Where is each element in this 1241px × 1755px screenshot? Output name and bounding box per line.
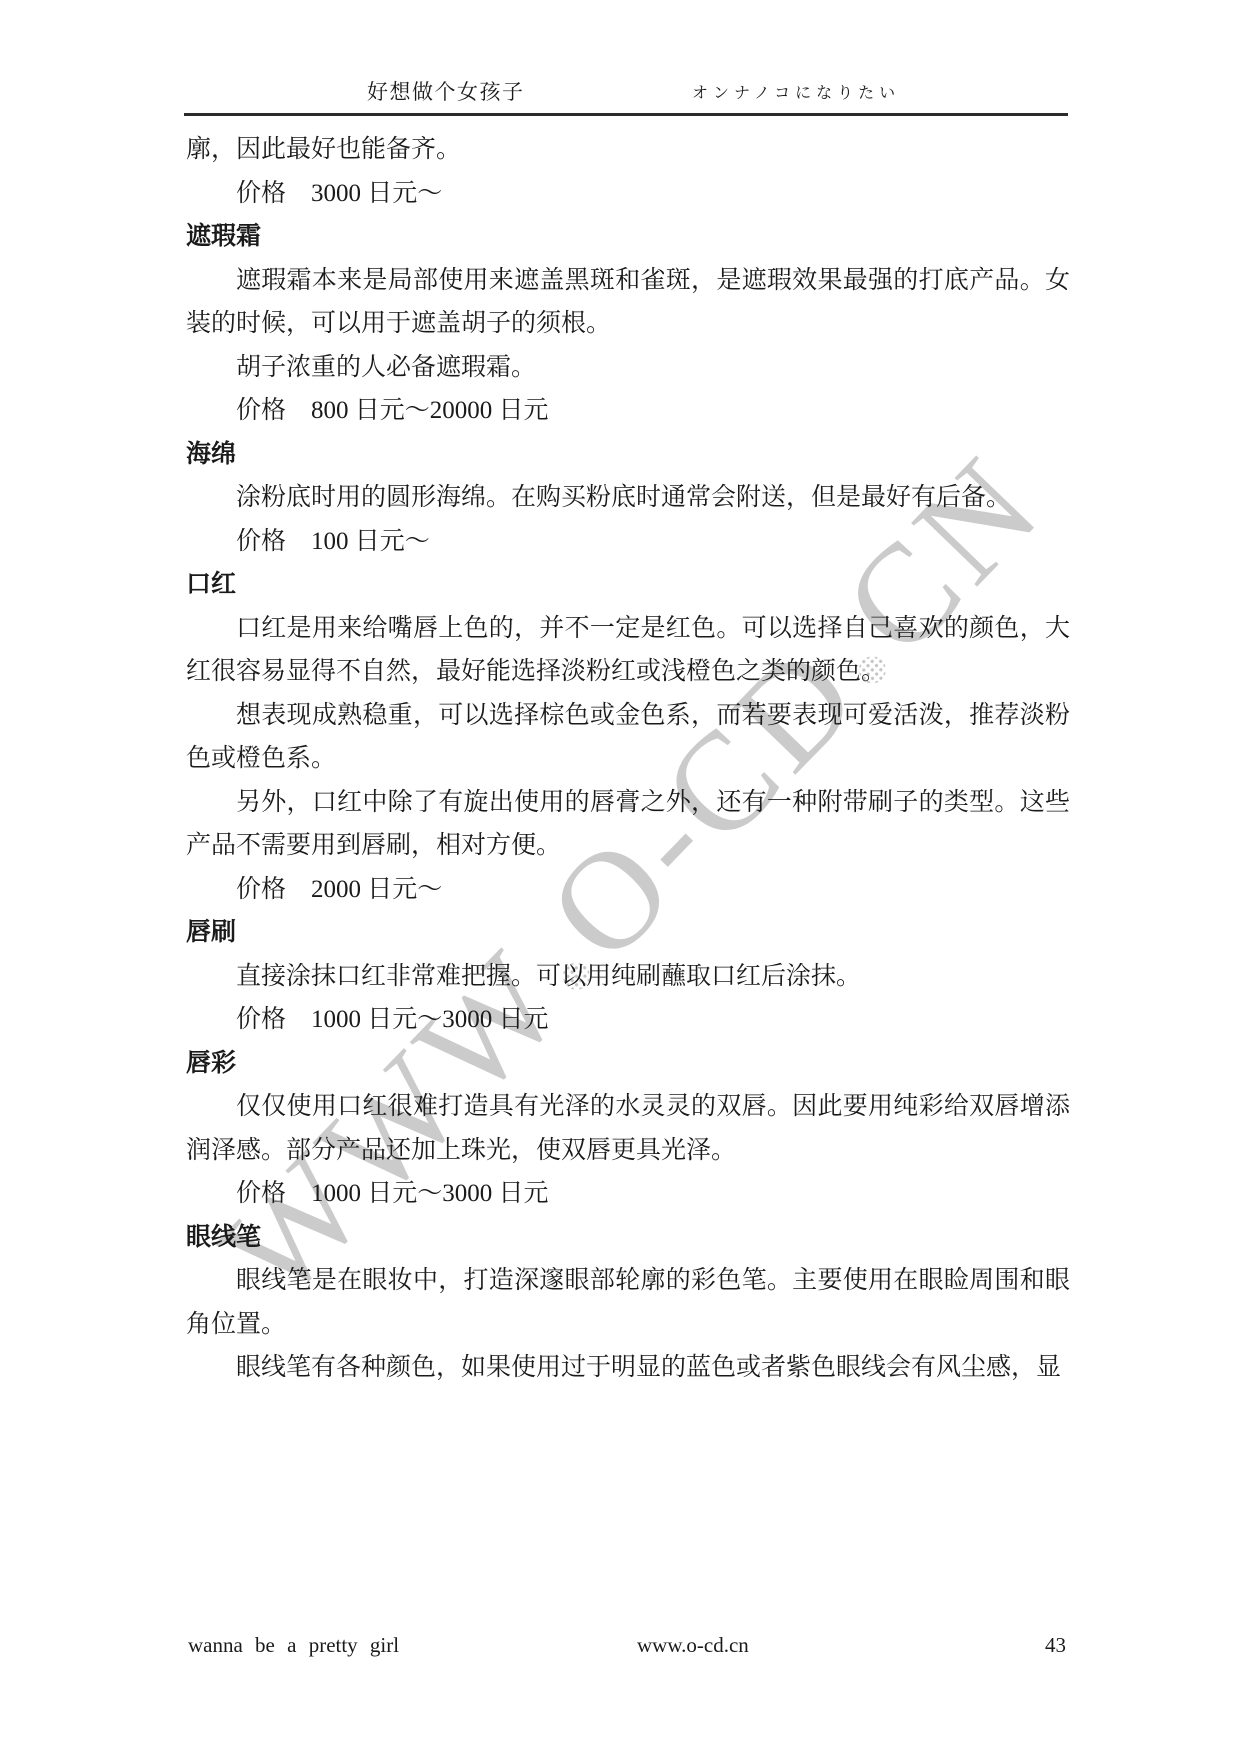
paragraph: 眼线笔有各种颜色，如果使用过于明显的蓝色或者紫色眼线会有风尘感，显 [186, 1346, 1070, 1390]
footer-book-title: wanna be a pretty girl [188, 1633, 399, 1658]
paragraph: 眼线笔是在眼妆中，打造深邃眼部轮廓的彩色笔。主要使用在眼睑周围和眼角位置。 [186, 1259, 1070, 1346]
paragraph: 口红是用来给嘴唇上色的，并不一定是红色。可以选择自己喜欢的颜色，大红很容易显得不… [186, 607, 1070, 694]
footer-site-url: www.o-cd.cn [637, 1633, 749, 1658]
section-heading: 眼线笔 [186, 1216, 1070, 1260]
paragraph: 想表现成熟稳重，可以选择棕色或金色系，而若要表现可爱活泼，推荐淡粉色或橙色系。 [186, 694, 1070, 781]
section-heading: 唇刷 [186, 911, 1070, 955]
paragraph: 胡子浓重的人必备遮瑕霜。 [186, 346, 1070, 390]
price-line: 价格 2000 日元～ [186, 868, 1070, 912]
price-line: 价格 1000 日元～3000 日元 [186, 1172, 1070, 1216]
paragraph: 另外，口红中除了有旋出使用的唇膏之外，还有一种附带刷子的类型。这些产品不需要用到… [186, 781, 1070, 868]
paragraph: 直接涂抹口红非常难把握。可以用纯刷蘸取口红后涂抹。 [186, 955, 1070, 999]
price-line: 价格 100 日元～ [186, 520, 1070, 564]
header-title-chinese: 好想做个女孩子 [367, 76, 525, 106]
price-line: 价格 800 日元～20000 日元 [186, 389, 1070, 433]
section-heading: 唇彩 [186, 1042, 1070, 1086]
page-body: 廓，因此最好也能备齐。 价格 3000 日元～ 遮瑕霜 遮瑕霜本来是局部使用来遮… [186, 115, 1070, 1390]
document-page: WWWO-CDCN 好想做个女孩子 オンナノコになりたい 廓，因此最好也能备齐。… [0, 0, 1241, 1755]
paragraph: 遮瑕霜本来是局部使用来遮盖黑斑和雀斑，是遮瑕效果最强的打底产品。女装的时候，可以… [186, 259, 1070, 346]
price-line: 价格 1000 日元～3000 日元 [186, 998, 1070, 1042]
paragraph: 涂粉底时用的圆形海绵。在购买粉底时通常会附送，但是最好有后备。 [186, 476, 1070, 520]
section-heading: 口红 [186, 563, 1070, 607]
section-heading: 遮瑕霜 [186, 215, 1070, 259]
header-title-japanese: オンナノコになりたい [692, 80, 900, 103]
price-line: 价格 3000 日元～ [186, 172, 1070, 216]
footer-page-number: 43 [1020, 1633, 1066, 1658]
section-heading: 海绵 [186, 433, 1070, 477]
paragraph: 仅仅使用口红很难打造具有光泽的水灵灵的双唇。因此要用纯彩给双唇增添润泽感。部分产… [186, 1085, 1070, 1172]
paragraph-continuation: 廓，因此最好也能备齐。 [186, 128, 1070, 172]
